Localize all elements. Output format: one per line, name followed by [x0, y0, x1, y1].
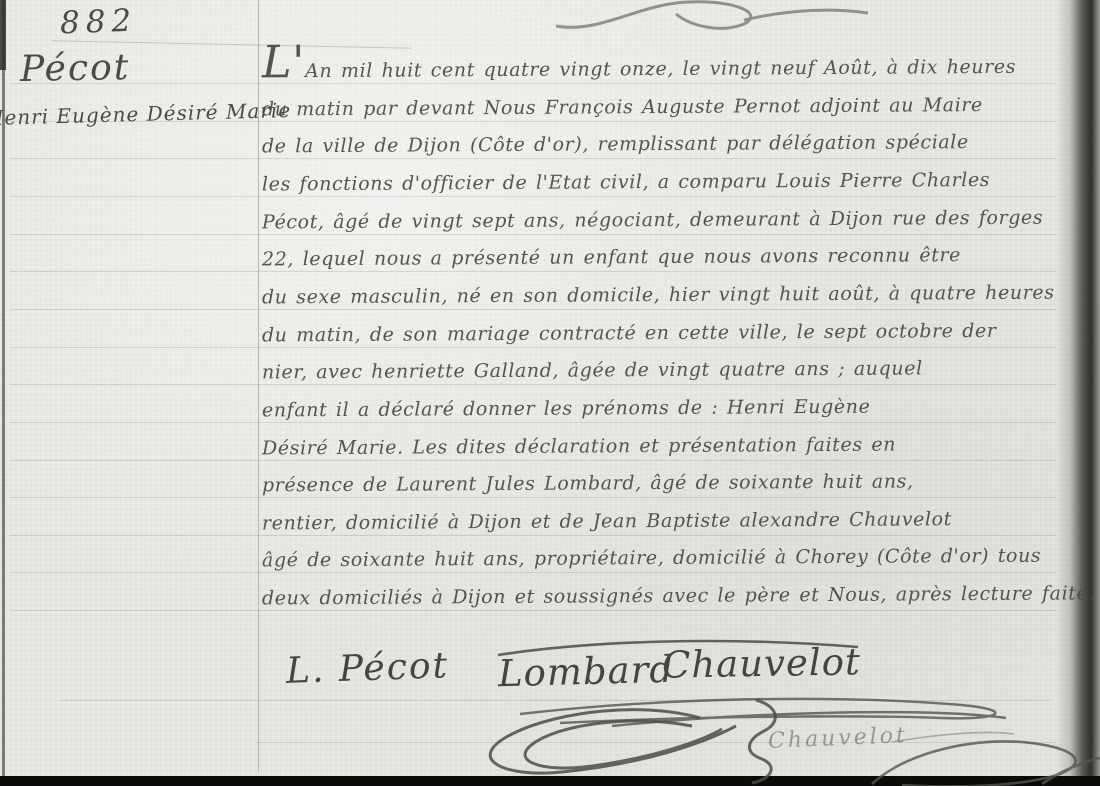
ink-flourishes	[0, 0, 1100, 786]
lombard-overline-flourish	[498, 641, 858, 655]
bottom-right-flourish	[872, 741, 1100, 786]
document-page: 882 Pécot Henri Eugène Désiré Marie L'An…	[0, 0, 1100, 786]
top-cutoff-flourish	[556, 2, 868, 28]
